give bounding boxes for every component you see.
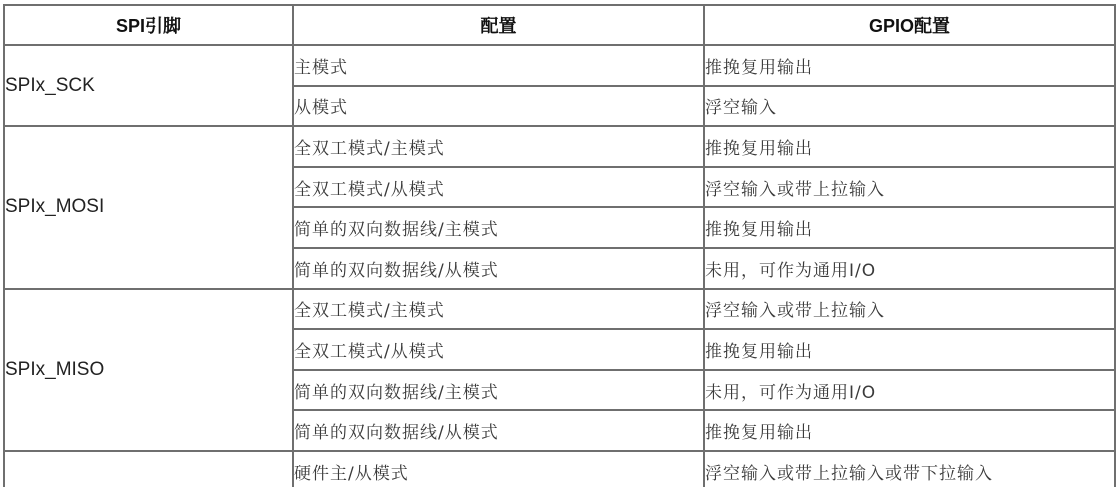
gpio-cell: 推挽复用输出 [704,207,1115,248]
pin-cell-mosi: SPIx_MOSI [4,126,293,288]
config-cell: 从模式 [293,86,704,127]
table-row: 硬件主/从模式 浮空输入或带上拉输入或带下拉输入 [4,451,1115,487]
header-config: 配置 [293,5,704,45]
gpio-cell: 推挽复用输出 [704,410,1115,451]
gpio-cell: 未用，可作为通用I/O [704,370,1115,411]
header-spi-pin: SPI引脚 [4,5,293,45]
gpio-cell: 推挽复用输出 [704,45,1115,86]
header-gpio-config: GPIO配置 [704,5,1115,45]
config-cell: 全双工模式/从模式 [293,329,704,370]
gpio-cell: 推挽复用输出 [704,126,1115,167]
gpio-cell: 推挽复用输出 [704,329,1115,370]
gpio-cell: 浮空输入或带上拉输入 [704,167,1115,208]
table-row: SPIx_SCK 主模式 推挽复用输出 [4,45,1115,86]
table-row: SPIx_MISO 全双工模式/主模式 浮空输入或带上拉输入 [4,289,1115,330]
config-cell: 简单的双向数据线/从模式 [293,410,704,451]
gpio-cell: 浮空输入 [704,86,1115,127]
pin-cell-nss [4,451,293,487]
pin-cell-miso: SPIx_MISO [4,289,293,451]
gpio-cell: 未用，可作为通用I/O [704,248,1115,289]
pin-cell-sck: SPIx_SCK [4,45,293,126]
table-row: SPIx_MOSI 全双工模式/主模式 推挽复用输出 [4,126,1115,167]
config-cell: 硬件主/从模式 [293,451,704,487]
config-cell: 主模式 [293,45,704,86]
config-cell: 简单的双向数据线/主模式 [293,370,704,411]
config-cell: 简单的双向数据线/主模式 [293,207,704,248]
header-row: SPI引脚 配置 GPIO配置 [4,5,1115,45]
config-cell: 全双工模式/从模式 [293,167,704,208]
gpio-cell: 浮空输入或带上拉输入或带下拉输入 [704,451,1115,487]
config-cell: 全双工模式/主模式 [293,126,704,167]
config-cell: 全双工模式/主模式 [293,289,704,330]
gpio-cell: 浮空输入或带上拉输入 [704,289,1115,330]
config-cell: 简单的双向数据线/从模式 [293,248,704,289]
spi-gpio-config-table: SPI引脚 配置 GPIO配置 SPIx_SCK 主模式 推挽复用输出 从模式 … [3,4,1116,487]
